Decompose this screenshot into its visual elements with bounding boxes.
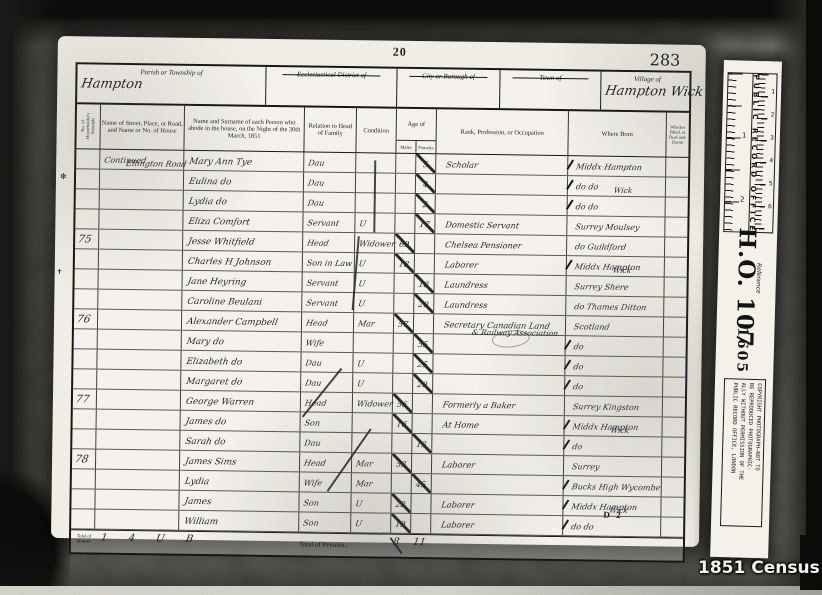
handwritten-entry: Widower	[358, 239, 396, 248]
handwritten-entry: Mar	[357, 319, 375, 328]
cell-relation: Head	[302, 312, 354, 332]
handwritten-entry: Lydia do	[188, 197, 228, 208]
photo-dark-left-edge	[0, 0, 58, 595]
cell-name: Mary do	[182, 331, 302, 352]
cell-age-female: 4	[416, 174, 436, 193]
cell-born: do	[566, 336, 664, 356]
cell-name: Jesse Whitfield	[183, 231, 303, 252]
cell-name: Eulina do	[184, 171, 304, 192]
handwritten-entry: James	[184, 497, 213, 507]
cell-occupation: Laundress	[434, 274, 566, 295]
cell-infirm	[666, 158, 688, 177]
cell-occupation: Chelsea Pensioner	[435, 234, 567, 255]
cell-occupation: At Home	[432, 414, 564, 435]
col-head-age-females: Females	[416, 141, 435, 153]
cell-name: James	[179, 491, 299, 512]
cell-address	[98, 270, 182, 290]
handwritten-entry: Mar	[355, 479, 373, 488]
cell-age-female: 5	[416, 154, 436, 173]
handwritten-entry: Servant	[306, 299, 339, 308]
cell-infirm	[665, 237, 687, 256]
cell-age-male	[394, 274, 414, 293]
handwritten-entry: Son in Law	[306, 259, 353, 269]
handwritten-entry: Bucks High Wycombe	[571, 482, 661, 492]
ruler-cm-number: 1	[771, 88, 775, 95]
margin-mark: ✻	[60, 172, 67, 181]
handwritten-entry: Head	[305, 319, 328, 328]
cell-age-female	[415, 254, 435, 273]
cell-address	[95, 490, 179, 510]
age-tally-slash	[392, 414, 411, 433]
col-head-age-males: Males	[396, 141, 416, 153]
cell-age-female: 20	[413, 374, 433, 393]
cell-occupation: Scholar	[436, 154, 568, 175]
col-head-born: Where Born	[568, 111, 667, 156]
cell-infirm	[665, 218, 687, 237]
handwritten-entry: Laborer	[440, 519, 475, 529]
cell-condition: U	[354, 293, 394, 313]
cell-condition: U	[353, 373, 393, 393]
cell-age-male: 53	[392, 454, 412, 473]
handwritten-entry: Son	[303, 498, 320, 507]
cell-infirm	[663, 357, 685, 376]
cell-address	[98, 330, 182, 350]
handwritten-entry: Laundress	[443, 299, 488, 310]
handwritten-entry: do	[573, 362, 584, 371]
age-tally-slash	[413, 374, 432, 393]
cell-occupation	[436, 174, 568, 195]
handwritten-entry: Dau	[307, 179, 325, 188]
cell-age-male	[395, 214, 415, 233]
check-mark	[566, 199, 574, 209]
cell-condition: U	[351, 493, 391, 513]
handwritten-entry: Eulina do	[188, 177, 232, 188]
cell-occupation: Laborer	[431, 494, 563, 515]
cell-born: Middx HamptonWick	[564, 416, 662, 436]
cell-age-male: 18	[395, 254, 415, 273]
handwritten-entry: Wick	[613, 186, 633, 195]
cell-schedule	[74, 329, 98, 348]
handwritten-entry: Dau	[304, 378, 322, 387]
cell-age-female: 18	[414, 274, 434, 293]
piece-number: 1605	[733, 327, 750, 374]
cell-address	[97, 370, 181, 390]
cell-infirm	[666, 178, 688, 197]
cell-address	[99, 230, 183, 250]
handwritten-entry: Lydia	[184, 477, 210, 487]
header-field-label: Ecclesiastical District of	[266, 70, 396, 80]
cell-born: do	[565, 356, 663, 376]
cell-age-female: 17	[415, 214, 435, 233]
cell-name: Caroline Beulani	[182, 291, 302, 312]
cell-infirm	[662, 477, 684, 496]
cell-age-female	[415, 234, 435, 253]
cell-relation: Wife	[300, 472, 352, 492]
cell-name: Jane Heyring	[182, 271, 302, 292]
cell-name: Sarah do	[180, 431, 300, 452]
cell-condition	[354, 333, 394, 353]
cell-born: Surrey Moulsey	[567, 216, 665, 236]
handwritten-entry: At Home	[442, 419, 480, 429]
handwritten-entry: 76	[76, 313, 91, 325]
cell-schedule	[75, 249, 99, 268]
handwritten-entry: Wick	[612, 266, 632, 275]
census-form: Parish or Township ofHamptonEcclesiastic…	[69, 62, 692, 563]
age-tally-slash	[416, 194, 435, 213]
photo-black-right-band	[806, 0, 822, 595]
public-record-office-ruler-strip: 12 123456 PUBLIC RECORD OFFICE Reference…	[710, 60, 782, 558]
cell-infirm	[664, 277, 686, 296]
cell-age-male	[393, 374, 413, 393]
age-tally-slash	[395, 234, 414, 253]
cell-born: do doWick	[568, 176, 666, 196]
age-tally-slash	[415, 214, 434, 233]
cell-condition	[352, 413, 392, 433]
cell-address	[96, 430, 180, 450]
handwritten-entry: Mary Ann Tye	[188, 157, 252, 168]
header-field-label: Town of	[500, 73, 600, 82]
handwritten-entry: Surrey Kingston	[572, 402, 640, 412]
handwritten-entry: Alexander Campbell	[186, 317, 278, 328]
cell-age-male	[392, 434, 412, 453]
cell-born: Surrey Shere	[566, 276, 664, 296]
folio-number: 283	[650, 50, 681, 69]
cell-infirm	[664, 297, 686, 316]
handwritten-entry: 75	[77, 233, 92, 245]
cell-age-female	[412, 414, 432, 433]
plate-mark: D 2	[603, 510, 622, 520]
col-head-address: Name of Street, Place, or Road, and Name…	[100, 105, 185, 150]
cell-infirm	[662, 437, 684, 456]
cell-age-male: 57	[394, 314, 414, 333]
cell-name: Elizabeth do	[181, 351, 301, 372]
total-persons-label: Total of Persons..	[299, 540, 348, 549]
census-photograph: 20 283 Parish or Township ofHamptonEccle…	[0, 0, 822, 595]
ruler-cm-number: 4	[769, 157, 773, 164]
cell-born: Surrey	[564, 456, 662, 476]
cell-schedule	[75, 209, 99, 228]
cell-relation: Servant	[302, 292, 354, 312]
age-tally-slash	[416, 174, 435, 193]
header-field: Village ofHampton Wick	[601, 72, 694, 111]
cell-infirm	[661, 497, 683, 516]
cell-age-female	[412, 454, 432, 473]
handwritten-entry: Charles H Johnson	[187, 257, 272, 268]
check-mark	[566, 179, 574, 189]
cell-relation: Servant	[302, 272, 354, 292]
cell-relation: Son	[299, 512, 351, 532]
handwritten-entry: Laborer	[444, 259, 479, 269]
handwritten-entry: Son	[304, 418, 321, 427]
cell-age-male	[394, 294, 414, 313]
handwritten-entry: Elizabeth do	[186, 357, 243, 368]
cell-occupation	[432, 474, 564, 495]
handwritten-entry: U	[359, 219, 367, 228]
cell-address: ContinuedEllington Road	[100, 150, 184, 170]
check-mark	[564, 359, 572, 369]
cell-born: Middx Hampton	[568, 156, 666, 176]
handwritten-entry: Dau	[307, 159, 325, 168]
cell-address	[95, 510, 179, 530]
ruler-inch-number: 1	[742, 132, 747, 140]
cell-name: James do	[181, 411, 301, 432]
header-field-label: Village of	[601, 75, 693, 84]
check-mark	[562, 479, 570, 489]
cell-born: Surrey Kingston	[565, 396, 663, 416]
check-mark	[561, 519, 569, 529]
cell-relation: Servant	[303, 212, 355, 232]
census-rows: ContinuedEllington RoadMary Ann TyeDau5S…	[71, 149, 688, 538]
handwritten-entry: Margaret do	[185, 377, 243, 388]
cell-schedule	[71, 489, 95, 508]
age-tally-slash	[394, 314, 413, 333]
handwritten-entry: Head	[303, 458, 326, 467]
cell-infirm	[664, 317, 686, 336]
handwritten-entry: Scholar	[445, 159, 479, 169]
check-mark	[563, 439, 571, 449]
handwritten-entry: Mar	[355, 459, 373, 468]
cell-born: do	[565, 376, 663, 396]
handwritten-entry: U	[357, 359, 365, 368]
age-tally-slash	[414, 294, 433, 313]
age-tally-slash	[416, 154, 435, 173]
cell-age-male: 16	[392, 414, 412, 433]
cell-schedule: 75	[75, 229, 99, 248]
total-houses-label: Total of Houses	[73, 533, 95, 543]
cell-occupation	[433, 374, 565, 395]
cell-age-female: 13	[412, 434, 432, 453]
handwritten-entry: Middx Hampton	[575, 162, 642, 172]
handwritten-entry: U	[358, 279, 366, 288]
cell-age-male	[396, 174, 416, 193]
cell-schedule: 77	[73, 389, 97, 408]
handwritten-entry: do Guildford	[574, 242, 627, 252]
handwritten-entry: Laborer	[441, 459, 476, 469]
cell-condition: U	[355, 253, 395, 273]
age-tally-slash	[414, 274, 433, 293]
cell-occupation: Laborer	[435, 254, 567, 275]
cell-relation: Son in Law	[303, 252, 355, 272]
handwritten-entry: Laundress	[444, 279, 489, 290]
census-page: 20 283 Parish or Township ofHamptonEccle…	[51, 36, 706, 547]
handwritten-entry: Ellington Road	[125, 159, 187, 169]
cell-address	[100, 170, 184, 190]
handwritten-entry: Formerly a Baker	[442, 399, 516, 410]
cell-age-female	[411, 494, 431, 513]
cell-condition: U	[351, 513, 391, 533]
handwritten-entry: Dau	[304, 438, 322, 447]
total-persons-females: 11	[413, 537, 426, 548]
cell-born: Scotland	[566, 316, 664, 336]
cell-age-male	[392, 474, 412, 493]
handwritten-entry: Surrey Moulsey	[575, 222, 641, 232]
cell-infirm	[665, 257, 687, 276]
cell-address	[96, 470, 180, 490]
copyright-text: COPYRIGHT PHOTOGRAPH—NOT TOBE REPRODUCED…	[723, 382, 763, 523]
cell-relation: Dau	[304, 152, 356, 172]
cell-name: Charles H Johnson	[183, 251, 303, 272]
cell-age-female	[413, 394, 433, 413]
cell-name: George Warren	[181, 391, 301, 412]
cell-relation: Wife	[302, 332, 354, 352]
cell-schedule: 76	[74, 309, 98, 328]
cell-occupation: Laborer	[431, 514, 563, 535]
cell-address	[97, 390, 181, 410]
cell-address	[97, 350, 181, 370]
cell-born: do Guildford	[567, 236, 665, 256]
header-field-value: Hampton	[80, 76, 267, 94]
cell-schedule	[76, 189, 100, 208]
cell-condition: Mar	[352, 453, 392, 473]
col-head-occupation: Rank, Profession, or Occupation	[436, 109, 569, 155]
handwritten-entry: Mary do	[186, 337, 225, 347]
handwritten-entry: do do	[575, 202, 599, 211]
cell-condition: U	[353, 353, 393, 373]
col-head-age: Age of Males Females	[396, 109, 437, 154]
cell-relation: Dau	[304, 192, 356, 212]
handwritten-entry: do do	[570, 522, 594, 531]
cell-age-male	[396, 194, 416, 213]
cell-name: Lydia do	[184, 191, 304, 212]
handwritten-entry: U	[358, 259, 366, 268]
handwritten-entry: Chelsea Pensioner	[444, 239, 522, 250]
handwritten-entry: Caroline Beulani	[186, 297, 262, 308]
handwritten-entry: do	[572, 382, 583, 391]
handwritten-entry: James Sims	[184, 457, 237, 468]
copyright-notice-box: COPYRIGHT PHOTOGRAPH—NOT TOBE REPRODUCED…	[720, 378, 766, 527]
cell-schedule	[76, 149, 100, 168]
handwritten-entry: Domestic Servant	[445, 219, 521, 230]
handwritten-entry: Sarah do	[184, 437, 226, 448]
cell-relation: Head	[303, 232, 355, 252]
reference-block: Reference H.O. 107 1605	[715, 232, 777, 374]
handwritten-entry: Wife	[303, 478, 323, 487]
cell-name: Margaret do	[181, 371, 301, 392]
col-head-schedule: No. of Householder's Schedule	[76, 104, 101, 148]
cell-occupation: Laundress	[434, 294, 566, 315]
check-mark	[565, 259, 573, 269]
cell-born: Bucks High Wycombe	[564, 476, 662, 496]
cell-occupation: Domestic Servant	[435, 214, 567, 235]
check-mark	[564, 339, 572, 349]
handwritten-entry: Head	[306, 239, 329, 248]
age-tally-slash	[414, 334, 433, 353]
cell-schedule	[74, 269, 98, 288]
cell-age-male	[394, 334, 414, 353]
cell-occupation	[432, 434, 564, 455]
check-mark	[562, 499, 570, 509]
header-field: Town of	[500, 70, 602, 109]
cell-age-female	[411, 514, 431, 533]
cell-age-female: 45	[412, 474, 432, 493]
header-field: City or Borough of	[397, 69, 501, 108]
col-head-relation: Relation to Head of Family	[304, 107, 357, 152]
cell-age-male	[393, 354, 413, 373]
cell-condition: Widower	[355, 233, 395, 253]
cell-relation: Head	[300, 452, 352, 472]
handwritten-entry: U	[358, 299, 366, 308]
cell-schedule: 78	[72, 449, 96, 468]
handwritten-entry: Laborer	[441, 499, 476, 509]
cell-age-female: 2	[416, 194, 436, 213]
age-tally-slash	[412, 474, 431, 493]
cell-relation: Son	[301, 412, 353, 432]
cell-infirm	[662, 457, 684, 476]
margin-mark: ✝	[57, 268, 63, 276]
col-head-name: Name and Surname of each Person who abod…	[184, 106, 305, 152]
handwritten-entry: U	[354, 519, 362, 528]
cell-age-male: 69	[395, 234, 415, 253]
cell-age-male: 56	[393, 394, 413, 413]
cell-schedule	[73, 409, 97, 428]
cell-age-female: 20	[414, 294, 434, 313]
ruler-inch-number: 2	[740, 196, 745, 204]
ruler-cm-number: 2	[771, 111, 775, 118]
cell-name: James Sims	[180, 451, 300, 472]
handwritten-entry: George Warren	[185, 397, 255, 408]
cell-infirm	[664, 337, 686, 356]
cell-relation: Dau	[301, 352, 353, 372]
header-field: Parish or Township ofHampton	[77, 64, 267, 105]
cell-condition: Widower	[353, 393, 393, 413]
cell-condition: Mar	[354, 313, 394, 333]
handwritten-entry: Surrey Shere	[574, 282, 630, 292]
cell-infirm	[662, 417, 684, 436]
handwritten-entry: Widower	[356, 399, 394, 408]
cell-born: do do	[568, 196, 666, 216]
cell-infirm	[663, 397, 685, 416]
cell-address	[97, 410, 181, 430]
cell-occupation: Formerly a Baker	[433, 394, 565, 415]
col-head-condition: Condition	[356, 108, 397, 153]
cell-age-female: 55	[414, 334, 434, 353]
handwritten-entry: do	[572, 442, 583, 451]
ruler-cm-number: 6	[768, 203, 772, 210]
handwritten-entry: Servant	[306, 279, 339, 288]
handwritten-entry: U	[356, 379, 364, 388]
handwritten-entry: Son	[302, 518, 319, 527]
check-mark	[566, 159, 574, 169]
handwritten-entry: Dau	[307, 199, 325, 208]
check-mark	[563, 379, 571, 389]
cell-schedule	[73, 369, 97, 388]
handwritten-entry: 77	[75, 393, 90, 405]
total-houses-value: 1 4 U B	[101, 533, 202, 545]
cell-born: do	[564, 436, 662, 456]
header-field: Ecclesiastical District of	[266, 67, 398, 107]
handwritten-entry: Dau	[305, 358, 323, 367]
header-field-label: City or Borough of	[397, 72, 499, 81]
handwritten-entry: 78	[74, 453, 89, 465]
cell-schedule	[74, 289, 98, 308]
handwritten-entry: Wick	[610, 426, 630, 435]
cell-schedule	[72, 469, 96, 488]
cell-infirm	[666, 198, 688, 217]
cell-age-male: 22	[391, 494, 411, 513]
total-persons-males: 8	[393, 537, 400, 548]
cell-age-female: 25	[413, 354, 433, 373]
handwritten-entry: Surrey	[571, 462, 600, 471]
cell-relation: Son	[299, 492, 351, 512]
ruler-cm-number: 3	[770, 134, 774, 141]
cell-name: Eliza Comfort	[183, 211, 303, 232]
handwritten-entry: U	[355, 499, 363, 508]
cell-born: Middx HamptonWick	[567, 256, 665, 276]
cell-occupation	[433, 354, 565, 375]
cell-name: Lydia	[180, 471, 300, 492]
cell-schedule	[73, 349, 97, 368]
cell-infirm	[663, 377, 685, 396]
